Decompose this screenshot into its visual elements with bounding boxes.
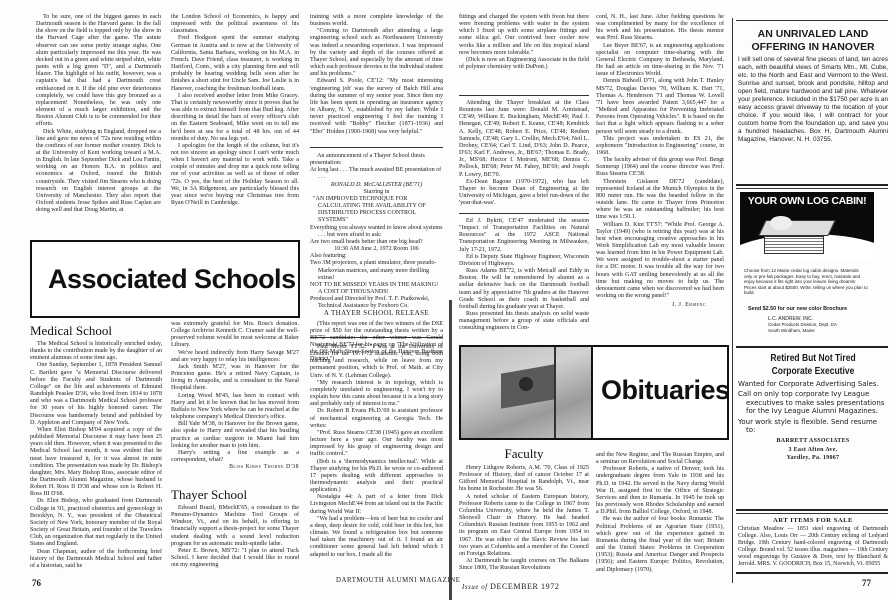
page-number-right: 77 [862, 578, 871, 588]
right-col1-top: fittings and charged the system with fre… [459, 14, 589, 71]
ad-paragraph: Your work style is flexible. Send resume… [738, 418, 888, 435]
paragraph: "Prof. Russ Stearns CE'38 (1945) gave an… [310, 430, 443, 459]
divider [736, 188, 888, 189]
announcement-text: Are two small heads better than one big … [310, 239, 443, 246]
paragraph: and the New Regime, and The Russian Empi… [596, 452, 724, 466]
paragraph: Bill Yahr M'38, in Hanover for the Brown… [171, 421, 299, 450]
divider [736, 20, 888, 21]
paragraph: When Eliot Bishop M'04 acquired a copy o… [30, 427, 162, 499]
paragraph: Paul Meyer TT'52: "I was at the Universi… [310, 344, 443, 380]
announcement-text: Two 3M projectors, a plant simulator, th… [310, 260, 443, 281]
paragraph: training with a more complete knowledge … [310, 14, 443, 28]
ad-paragraph: Call on only top corporate Ivy League ex… [738, 390, 888, 415]
paragraph: This project was undertaken in ES 21, th… [596, 136, 724, 157]
announcement-release: A THAYER SCHOOL RELEASE [310, 310, 443, 317]
magazine-footer: DARTMOUTH ALUMNI MAGAZINE [336, 577, 460, 584]
paragraph: Ed is Deputy State Highway Engineer, Wis… [459, 254, 589, 268]
contact-city: Yardley, Pa. 19067 [738, 454, 888, 462]
divider [310, 337, 443, 338]
left-col3-top: training with a more complete knowledge … [310, 14, 443, 136]
ad-column-divider [732, 18, 733, 583]
paragraph: Dr. Robert B Evans Ph.D.'69 is assistant… [310, 408, 443, 429]
left-col1-top: To be sure, one of the biggest games in … [36, 14, 161, 214]
ad-cta: Send $2.50 for our new color Brochure [748, 306, 847, 312]
land-offering-ad: AN UNRIVALED LAND OFFERING IN HANOVER I … [738, 28, 888, 144]
paragraph: At Dartmouth he taught courses on The Ba… [459, 558, 589, 572]
cabin-wall [764, 236, 824, 254]
banner-title: Obituaries [601, 375, 730, 406]
announcement-name: RONALD D. McCALLISTER (BE'71) [310, 182, 443, 189]
ad-headline: YOUR OWN LOG CABIN! [740, 195, 874, 207]
paragraph: (Dick is now an Engineering Associate in… [459, 57, 589, 71]
issue-footer: Issue of DECEMBER 1972 [462, 582, 559, 591]
announcement-intro: An announcement of a Thayer School thesi… [310, 153, 443, 167]
announcement-starring: Starring in [310, 189, 443, 196]
paragraph: A noted scholar of Eastern European hist… [459, 494, 589, 558]
ad-title: Corporate Executive [749, 365, 877, 378]
issue-label: Issue of [462, 584, 488, 591]
paragraph: Nostalgia 44: A part of a letter from Di… [310, 494, 443, 515]
ad-contact: BARRETT ASSOCIATES 3 East Afton Ave. Yar… [738, 437, 888, 462]
section-heading-medical-school: Medical School [30, 323, 162, 339]
left-col2-top: the London School of Economics, is happy… [171, 14, 299, 207]
paragraph: Dr. Eliot Bishop, who graduated from Dar… [30, 498, 162, 548]
paragraph: Professor Roberts, a native of Denver, t… [596, 466, 724, 516]
divider [736, 184, 888, 186]
paragraph: fittings and charged the system with fre… [459, 14, 589, 57]
paragraph: (Bob is a 'thermodynamics intellectual'.… [310, 459, 443, 495]
flagpole [554, 347, 556, 438]
right-col1-mid: Attending the Thayer breakfast at the Cl… [459, 100, 589, 207]
paragraph: He was the author of four books: Rumania… [596, 516, 724, 573]
left-col3-bottom: Paul Meyer TT'52: "I was at the Universi… [310, 344, 443, 559]
section-heading-faculty: Faculty [459, 446, 589, 462]
paragraph: cord, N. H., last June. After fielding q… [596, 14, 724, 43]
paragraph: One Sunday, September 1, 1878 President … [30, 362, 162, 426]
flag-photo [461, 347, 593, 438]
thayer-school-section: Thayer School Edward Brazil, BMechE'65, … [171, 487, 299, 569]
art-items-ad: ART ITEMS FOR SALE Christian Meadow — 18… [738, 517, 888, 568]
ad-title: ART ITEMS FOR SALE [738, 517, 888, 524]
paragraph: Thorstein Gislason DE'72 (candidate), re… [596, 179, 724, 222]
paragraph: Edward S. Poole, CE'12: "My most interes… [310, 78, 443, 135]
paragraph: "We had a problem—lots of beer but no co… [310, 516, 443, 559]
ad-paragraph: Wanted for Corporate Advertising Sales. [738, 380, 888, 388]
paragraph: Fred Hodgson spent the summer studying G… [171, 35, 299, 92]
paragraph: We've heard indirectly from Harry Savage… [171, 350, 299, 364]
divider [459, 95, 589, 96]
divider [736, 572, 888, 574]
paragraph: I also received another letter from Mike… [171, 93, 299, 143]
announcement-title: "AN IMPROVED TECHNIQUE FOR CALCULATING T… [310, 196, 443, 225]
ad-body: I will sell one of several fine pieces o… [738, 56, 888, 144]
retired-executive-ad: Retired But Not Tired Corporate Executiv… [738, 352, 888, 462]
paragraph: Ex-Dean Ragone (1970-1972), who has left… [459, 179, 589, 208]
paragraph: William D. Kint TT'57: "While Prof. Geor… [596, 222, 724, 301]
paragraph: Henry Lithgow Roberts, A.M. '70, Class o… [459, 465, 589, 494]
announcement-line: At long last . . . The much awaited BE p… [310, 167, 443, 181]
page-gutter [449, 300, 452, 600]
ad-title: AN UNRIVALED LAND [738, 28, 888, 41]
divider [736, 509, 888, 511]
log-cabin-ad: YOUR OWN LOG CABIN! Choose from 12 Maine… [738, 192, 888, 340]
page-number-left: 76 [32, 578, 41, 588]
thesis-announcement: An announcement of a Thayer School thesi… [310, 153, 443, 364]
paragraph: was extremely grateful for Mrs. Ross's d… [171, 321, 299, 350]
cabin-image: YOUR OWN LOG CABIN! [740, 192, 874, 260]
ad-title: OFFERING IN HANOVER [738, 41, 888, 54]
section-heading-thayer-school: Thayer School [171, 487, 299, 503]
paragraph: Lee Beyer BE'67, is an engineering appli… [596, 43, 724, 79]
paragraph: Loring Wood M'45, has been in contact wi… [171, 393, 299, 422]
announcement-text: Produced and Directed by Prof. T. F. Pia… [310, 296, 443, 310]
faculty-section: Faculty Henry Lithgow Roberts, A.M. '70,… [459, 446, 589, 572]
paragraph: The Medical School is historically enric… [30, 341, 162, 362]
paragraph: "My research interest is in topology, wh… [310, 380, 443, 409]
right-col2-top: cord, N. H., last June. After fielding q… [596, 14, 724, 309]
paragraph: "Coming to Dartmouth after attending a l… [310, 28, 443, 78]
paragraph: Dick White, studying in England, dropped… [36, 129, 161, 215]
ad-address: South Windham, Maine [768, 328, 815, 334]
signature: Bliss Kirby Thorne D'38 [171, 464, 299, 471]
divider [736, 513, 888, 514]
announcement-text: Also featuring: [310, 253, 443, 260]
right-col1-bottom: Ed J. Bykrit, CE'47 moderated the sessio… [459, 218, 589, 333]
tree [770, 216, 792, 230]
paragraph: Russ presented his thesis analysis on so… [459, 311, 589, 332]
paragraph: Harry's setting a fine example as a corr… [171, 450, 299, 464]
divider [736, 346, 888, 348]
medical-school-section: Medical School The Medical School is his… [30, 323, 162, 570]
paragraph: Dean Chapman, author of the forthcoming … [30, 549, 162, 570]
divider [310, 147, 443, 148]
announcement-text: NOT TO BE MISSED! YEARS IN THE MAKING! A… [310, 282, 443, 296]
paragraph: Dennis Bidwell D'71, along with John T. … [596, 78, 724, 135]
paragraph: Attending the Thayer breakfast at the Cl… [459, 100, 589, 179]
paragraph: I apologize for the length of the column… [171, 143, 299, 207]
ad-address: Cedar Products Division, Dept. DA [768, 322, 837, 328]
paragraph: To be sure, one of the biggest games in … [36, 14, 161, 129]
paragraph: Edward Brazil, BMechE'65, a consultant t… [171, 505, 299, 548]
faculty-continued: and the New Regime, and The Russian Empi… [596, 452, 724, 574]
ad-body: Wanted for Corporate Advertising Sales. … [738, 380, 888, 434]
paragraph: the London School of Economics, is happy… [171, 14, 299, 35]
associated-schools-banner: Associated Schools [30, 240, 300, 318]
divider [459, 213, 589, 214]
ad-body: Choose from 12 Maine cedar log cabin des… [744, 268, 868, 296]
banner-title: Associated Schools [48, 264, 296, 295]
paragraph: The faculty adviser of this group was Pr… [596, 157, 724, 178]
contact-street: 3 East Afton Ave. [738, 446, 888, 454]
ad-title: Retired But Not Tired [749, 352, 877, 365]
signature: J. J. Ermenc [596, 302, 706, 309]
paragraph: Russ Adams BE'72, is with Metcalf and Ed… [459, 268, 589, 311]
paragraph: Peter E. Brown, MS'72: "I plan to attend… [171, 548, 299, 569]
paragraph: Ed J. Bykrit, CE'47 moderated the sessio… [459, 218, 589, 254]
paragraph: Jack Smith M'27, was in Hanover for the … [171, 364, 299, 393]
flag-emblem [519, 377, 533, 391]
announcement-text: Everything you always wanted to know abo… [310, 225, 443, 239]
medical-school-continued: was extremely grateful for Mrs. Ross's d… [171, 321, 299, 471]
issue-date: DECEMBER 1972 [490, 582, 559, 591]
contact-name: BARRETT ASSOCIATES [738, 437, 888, 445]
ad-body: Christian Meadow — 1851 steel engraving … [738, 526, 888, 568]
